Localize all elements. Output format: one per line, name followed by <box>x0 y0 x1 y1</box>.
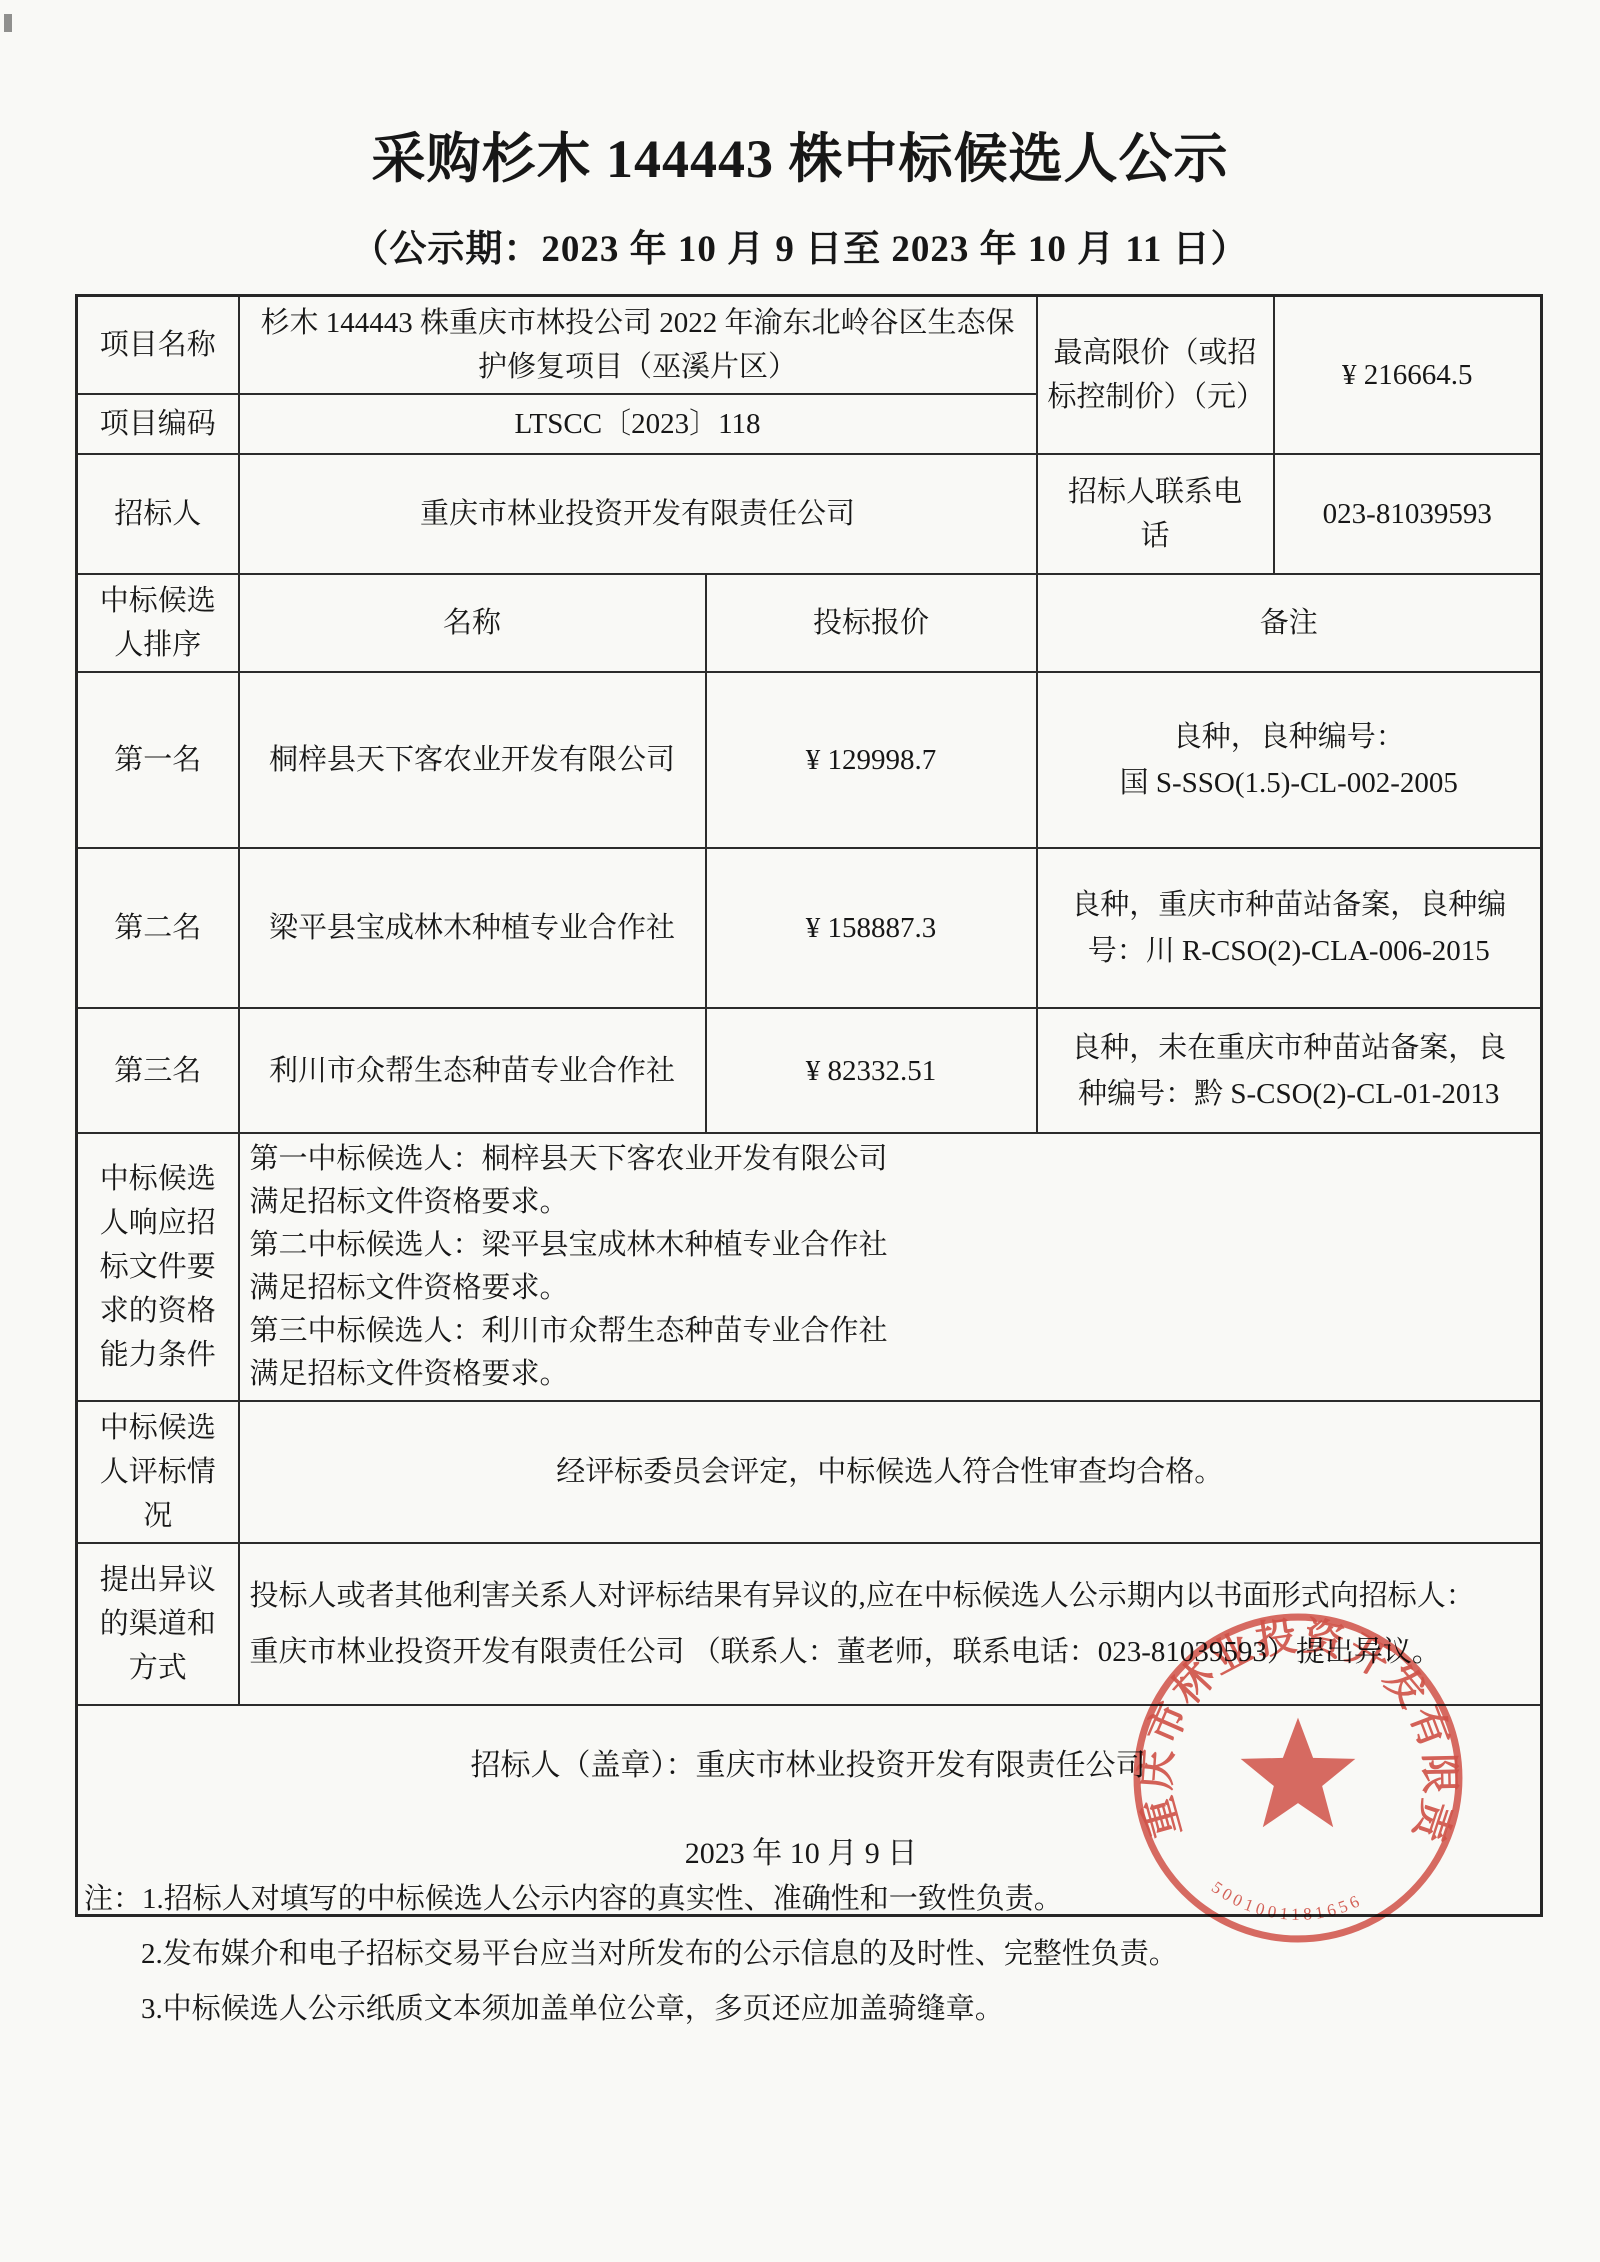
objection-label: 提出异议 的渠道和 方式 <box>77 1543 239 1705</box>
max-price-value: ¥ 216664.5 <box>1274 296 1542 455</box>
project-name-label: 项目名称 <box>77 296 239 395</box>
rank-header: 中标候选 人排序 <box>77 574 239 672</box>
candidate-1-remark: 良种，良种编号： 国 S-SSO(1.5)-CL-002-2005 <box>1037 672 1542 848</box>
page-title: 采购杉木 144443 株中标候选人公示 <box>0 116 1600 193</box>
footnote-2: 2.发布媒介和电子招标交易平台应当对所发布的公示信息的及时性、完整性负责。 <box>84 1927 1514 1982</box>
candidate-3-name: 利川市众帮生态种苗专业合作社 <box>239 1008 706 1133</box>
candidate-2-remark: 良种，重庆市种苗站备案，良种编 号：川 R-CSO(2)-CLA-006-201… <box>1037 848 1542 1008</box>
project-code-label: 项目编码 <box>77 394 239 454</box>
row-tenderer: 招标人 重庆市林业投资开发有限责任公司 招标人联系电 话 023-8103959… <box>77 454 1542 574</box>
footnote-1: 注：1.招标人对填写的中标候选人公示内容的真实性、准确性和一致性负责。 <box>84 1872 1514 1927</box>
publicity-period: （公示期：2023 年 10 月 9 日至 2023 年 10 月 11 日） <box>0 218 1600 272</box>
candidate-1-name: 桐梓县天下客农业开发有限公司 <box>239 672 706 848</box>
candidate-row-2: 第二名 梁平县宝成林木种植专业合作社 ¥ 158887.3 良种，重庆市种苗站备… <box>77 848 1542 1008</box>
row-project-name: 项目名称 杉木 144443 株重庆市林投公司 2022 年渝东北岭谷区生态保 … <box>77 296 1542 395</box>
qualification-content: 第一中标候选人：桐梓县天下客农业开发有限公司 满足招标文件资格要求。 第二中标候… <box>239 1133 1542 1401</box>
qualification-label: 中标候选 人响应招 标文件要 求的资格 能力条件 <box>77 1133 239 1401</box>
remark-header: 备注 <box>1037 574 1542 672</box>
price-header: 投标报价 <box>706 574 1037 672</box>
tenderer-seal-line: 招标人（盖章）：重庆市林业投资开发有限责任公司 <box>88 1746 1530 1786</box>
seal-date: 2023 年 10 月 9 日 <box>88 1834 1530 1874</box>
row-objection: 提出异议 的渠道和 方式 投标人或者其他利害关系人对评标结果有异议的,应在中标候… <box>77 1543 1542 1705</box>
evaluation-label: 中标候选 人评标情 况 <box>77 1401 239 1543</box>
footnotes: 注：1.招标人对填写的中标候选人公示内容的真实性、准确性和一致性负责。 2.发布… <box>84 1872 1514 2037</box>
tenderer-label: 招标人 <box>77 454 239 574</box>
candidate-row-1: 第一名 桐梓县天下客农业开发有限公司 ¥ 129998.7 良种，良种编号： 国… <box>77 672 1542 848</box>
candidate-3-remark: 良种，未在重庆市种苗站备案，良 种编号：黔 S-CSO(2)-CL-01-201… <box>1037 1008 1542 1133</box>
objection-content: 投标人或者其他利害关系人对评标结果有异议的,应在中标候选人公示期内以书面形式向招… <box>239 1543 1542 1705</box>
candidate-row-3: 第三名 利川市众帮生态种苗专业合作社 ¥ 82332.51 良种，未在重庆市种苗… <box>77 1008 1542 1133</box>
candidate-3-price: ¥ 82332.51 <box>706 1008 1037 1133</box>
max-price-label: 最高限价（或招 标控制价）（元） <box>1037 296 1274 455</box>
name-header: 名称 <box>239 574 706 672</box>
announcement-table: 项目名称 杉木 144443 株重庆市林投公司 2022 年渝东北岭谷区生态保 … <box>75 294 1543 1917</box>
project-name-line-1: 杉木 144443 株重庆市林投公司 2022 年渝东北岭谷区生态保 <box>250 301 1026 345</box>
candidate-2-name: 梁平县宝成林木种植专业合作社 <box>239 848 706 1008</box>
row-qualification: 中标候选 人响应招 标文件要 求的资格 能力条件 第一中标候选人：桐梓县天下客农… <box>77 1133 1542 1401</box>
candidate-1-rank: 第一名 <box>77 672 239 848</box>
project-code-value: LTSCC〔2023〕118 <box>239 394 1037 454</box>
project-name-line-2: 护修复项目（巫溪片区） <box>250 345 1026 389</box>
row-candidate-headers: 中标候选 人排序 名称 投标报价 备注 <box>77 574 1542 672</box>
tenderer-phone-label: 招标人联系电 话 <box>1037 454 1274 574</box>
evaluation-content: 经评标委员会评定，中标候选人符合性审查均合格。 <box>239 1401 1542 1543</box>
row-evaluation: 中标候选 人评标情 况 经评标委员会评定，中标候选人符合性审查均合格。 <box>77 1401 1542 1543</box>
project-name-value: 杉木 144443 株重庆市林投公司 2022 年渝东北岭谷区生态保 护修复项目… <box>239 296 1037 395</box>
candidate-1-price: ¥ 129998.7 <box>706 672 1037 848</box>
footnote-3: 3.中标候选人公示纸质文本须加盖单位公章，多页还应加盖骑缝章。 <box>84 1982 1514 2037</box>
tenderer-value: 重庆市林业投资开发有限责任公司 <box>239 454 1037 574</box>
candidate-2-price: ¥ 158887.3 <box>706 848 1037 1008</box>
candidate-3-rank: 第三名 <box>77 1008 239 1133</box>
document-page: 采购杉木 144443 株中标候选人公示 （公示期：2023 年 10 月 9 … <box>0 0 1600 2262</box>
tenderer-phone-value: 023-81039593 <box>1274 454 1542 574</box>
candidate-2-rank: 第二名 <box>77 848 239 1008</box>
